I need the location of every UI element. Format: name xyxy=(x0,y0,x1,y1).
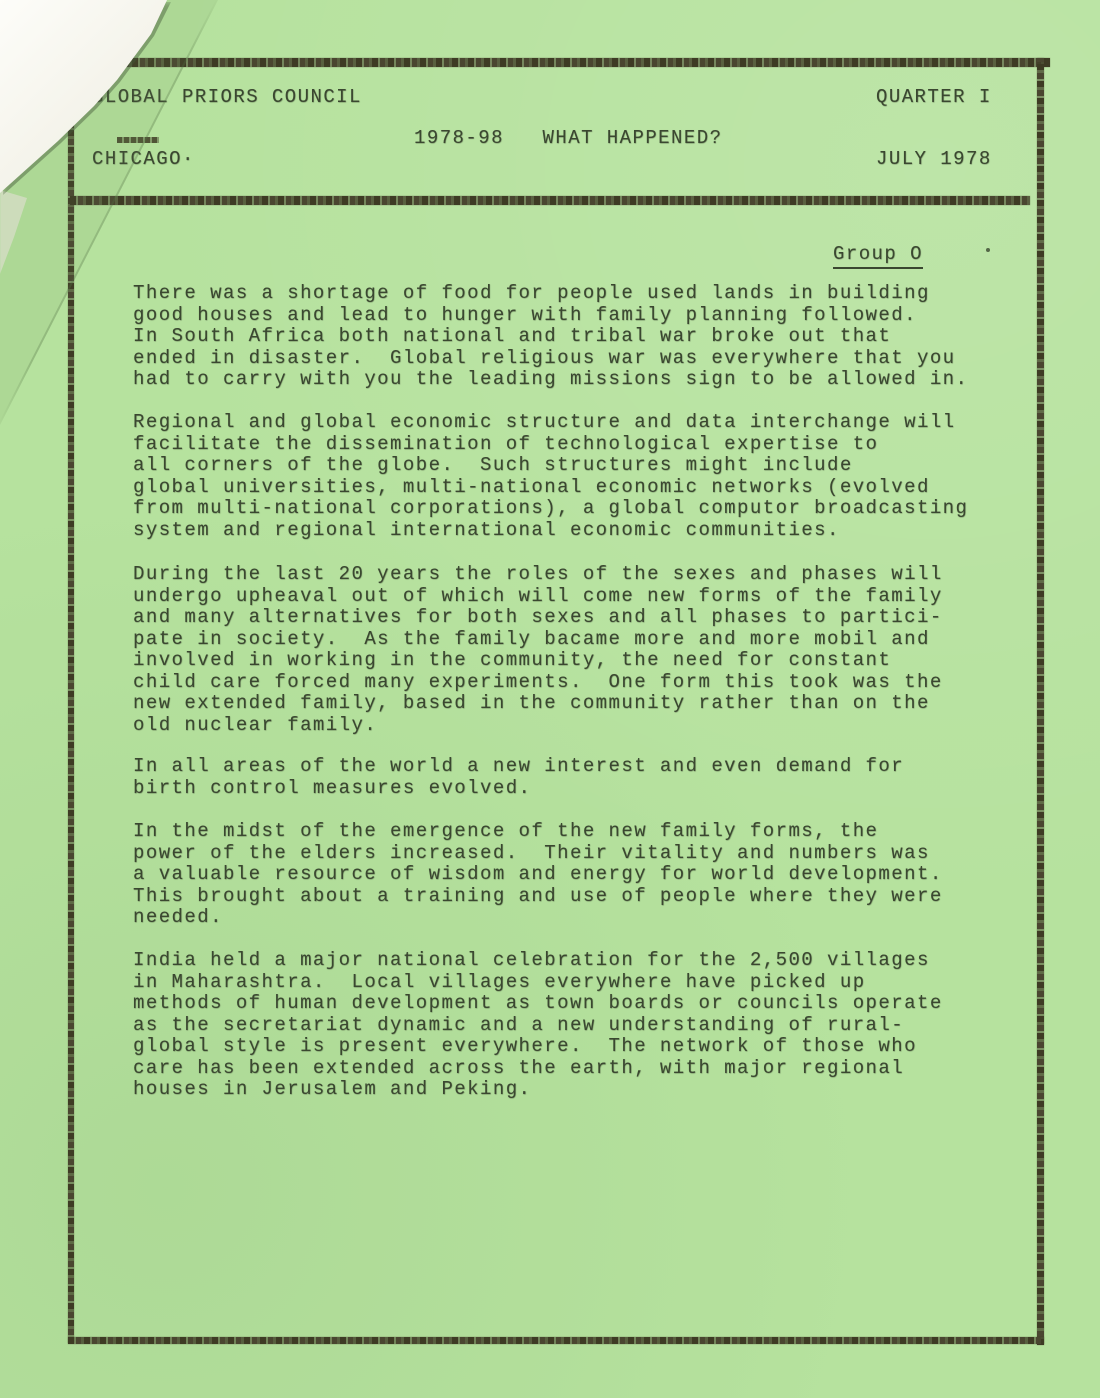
group-heading: Group O xyxy=(833,243,923,269)
paragraph-2: Regional and global economic structure a… xyxy=(133,412,968,541)
document-title: 1978-98 WHAT HAPPENED? xyxy=(414,127,722,149)
quarter-label: QUARTER I xyxy=(876,86,992,108)
border-bottom-rule xyxy=(68,1337,1044,1344)
scan-speck xyxy=(986,248,990,252)
border-top-rule xyxy=(68,58,1050,67)
date-label: JULY 1978 xyxy=(876,148,992,170)
paragraph-1: There was a shortage of food for people … xyxy=(133,283,968,391)
page-content: GLOBAL PRIORS COUNCIL QUARTER I 1978-98 … xyxy=(0,0,1100,1398)
border-right-rule xyxy=(1037,58,1044,1345)
paragraph-5: In the midst of the emergence of the new… xyxy=(133,821,943,929)
paragraph-3: During the last 20 years the roles of th… xyxy=(133,564,943,736)
paragraph-6: India held a major national celebration … xyxy=(133,950,943,1101)
header-separator-rule xyxy=(70,196,1030,205)
scanned-newsletter-page: GLOBAL PRIORS COUNCIL QUARTER I 1978-98 … xyxy=(0,0,1100,1398)
paragraph-4: In all areas of the world a new interest… xyxy=(133,756,904,799)
